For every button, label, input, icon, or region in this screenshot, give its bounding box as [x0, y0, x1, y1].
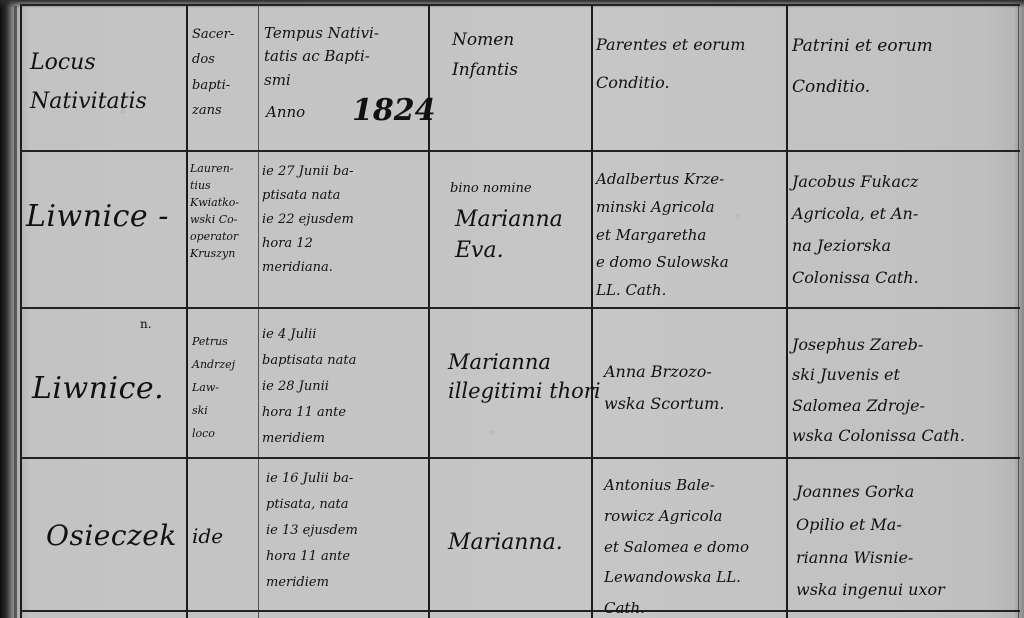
row-rule-header — [20, 150, 1020, 152]
row-rule-top — [20, 4, 1020, 6]
left-page-border — [14, 6, 17, 618]
entry-3-tempus: ie 16 Julii ba- ptisata, nata ie 13 ejus… — [266, 466, 358, 596]
header-tempus: Tempus Nativi- tatis ac Bapti- smi — [264, 22, 379, 92]
entry-1-sacerdos: Lauren- tius Kwiatko- wski Co- operator … — [190, 160, 239, 262]
header-nomen-infantis: Nomen Infantis — [452, 26, 518, 86]
entry-2-nomen: Marianna illegitimi thori — [448, 348, 601, 407]
entry-2-patrini: Josephus Zareb- ski Juvenis et Salomea Z… — [792, 330, 965, 452]
scanned-register-page: Locus Nativitatis Sacer- dos bapti- zans… — [0, 0, 1024, 618]
header-sacerdos: Sacer- dos bapti- zans — [192, 22, 234, 123]
column-rule-4 — [591, 4, 593, 618]
entry-1-patrini: Jacobus Fukacz Agricola, et An- na Jezio… — [792, 166, 919, 294]
row-rule-1 — [20, 307, 1020, 309]
header-locus-nativitatis: Locus Nativitatis — [30, 44, 147, 121]
entry-1-tempus: ie 27 Junii ba- ptisata nata ie 22 ejusd… — [262, 160, 354, 280]
row-rule-3 — [20, 610, 1020, 612]
entry-1-locus: Liwnice - — [26, 200, 169, 235]
entry-2-parentes: Anna Brzozo- wska Scortum. — [604, 356, 724, 420]
row-rule-2 — [20, 457, 1020, 459]
entry-1-nomen: Marianna Eva. — [455, 205, 563, 267]
header-patrini: Patrini et eorum Conditio. — [792, 26, 933, 108]
column-rule-2 — [258, 4, 259, 618]
header-anno-label: Anno — [266, 104, 305, 121]
entry-2-locus: Liwnice. — [32, 372, 164, 407]
header-parentes: Parentes et eorum Conditio. — [596, 26, 745, 103]
entry-3-patrini: Joannes Gorka Opilio et Ma- rianna Wisni… — [796, 476, 945, 607]
header-year: 1824 — [352, 94, 436, 129]
column-rule-1 — [186, 4, 188, 618]
entry-2-sacerdos: Petrus Andrzej Law- ski loco — [192, 330, 235, 445]
entry-3-parentes: Antonius Bale- rowicz Agricola et Salome… — [604, 470, 749, 618]
entry-2-marker: n. — [140, 318, 152, 332]
column-rule-right — [1018, 4, 1019, 618]
entry-1-parentes: Adalbertus Krze- minski Agricola et Marg… — [596, 166, 729, 305]
entry-3-sacerdos: ide — [192, 522, 223, 550]
entry-1-nomen-prefix: bino nomine — [450, 182, 532, 197]
entry-3-locus: Osieczek — [46, 520, 177, 552]
entry-3-nomen: Marianna. — [448, 528, 563, 559]
entry-2-tempus: ie 4 Julii baptisata nata ie 28 Junii ho… — [262, 322, 356, 452]
column-rule-left — [20, 4, 22, 618]
column-rule-5 — [786, 4, 788, 618]
